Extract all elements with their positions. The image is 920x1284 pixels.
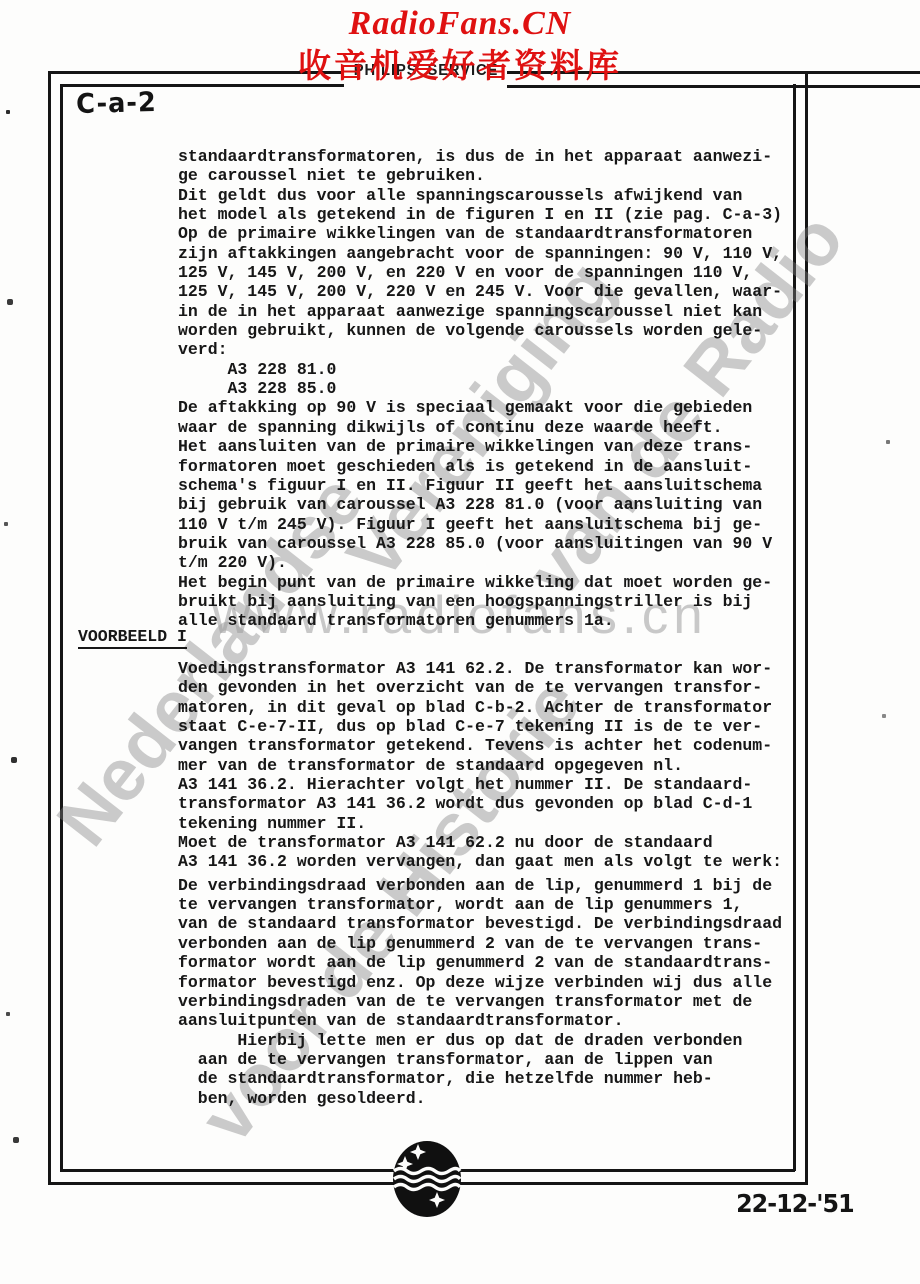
- carousel-codes: A3 228 81.0 A3 228 85.0: [178, 360, 803, 399]
- paragraph: Hierbij lette men er dus op dat de drade…: [178, 1031, 803, 1108]
- site-subtitle: 收音机爱好者资料库: [0, 40, 920, 87]
- example-heading: VOORBEELD I: [78, 627, 187, 649]
- frame-outer-right: [805, 71, 808, 1185]
- frame-outer-left: [48, 71, 51, 1185]
- page-code: C-a-2: [76, 87, 157, 120]
- paragraph: standaardtransformatoren, is dus de in h…: [178, 147, 803, 360]
- document-date: 22-12-'51: [736, 1189, 854, 1218]
- paragraph: De aftakking op 90 V is speciaal gemaakt…: [178, 398, 803, 630]
- paragraph: Voedingstransformator A3 141 62.2. De tr…: [178, 659, 803, 872]
- scan-speckles: [6, 110, 10, 114]
- paragraph: De verbindingsdraad verbonden aan de lip…: [178, 876, 803, 1031]
- philips-emblem-svg: [388, 1138, 466, 1220]
- document-body-lower: Voedingstransformator A3 141 62.2. De tr…: [178, 659, 803, 1108]
- site-title: RadioFans.CN: [0, 5, 920, 43]
- scanned-service-document: RadioFans.CN 收音机爱好者资料库 PHILIPS SERVICE C…: [0, 0, 920, 1284]
- frame-inner-left: [60, 84, 63, 1171]
- philips-globe-emblem-icon: [388, 1138, 466, 1225]
- document-body-upper: standaardtransformatoren, is dus de in h…: [178, 147, 803, 631]
